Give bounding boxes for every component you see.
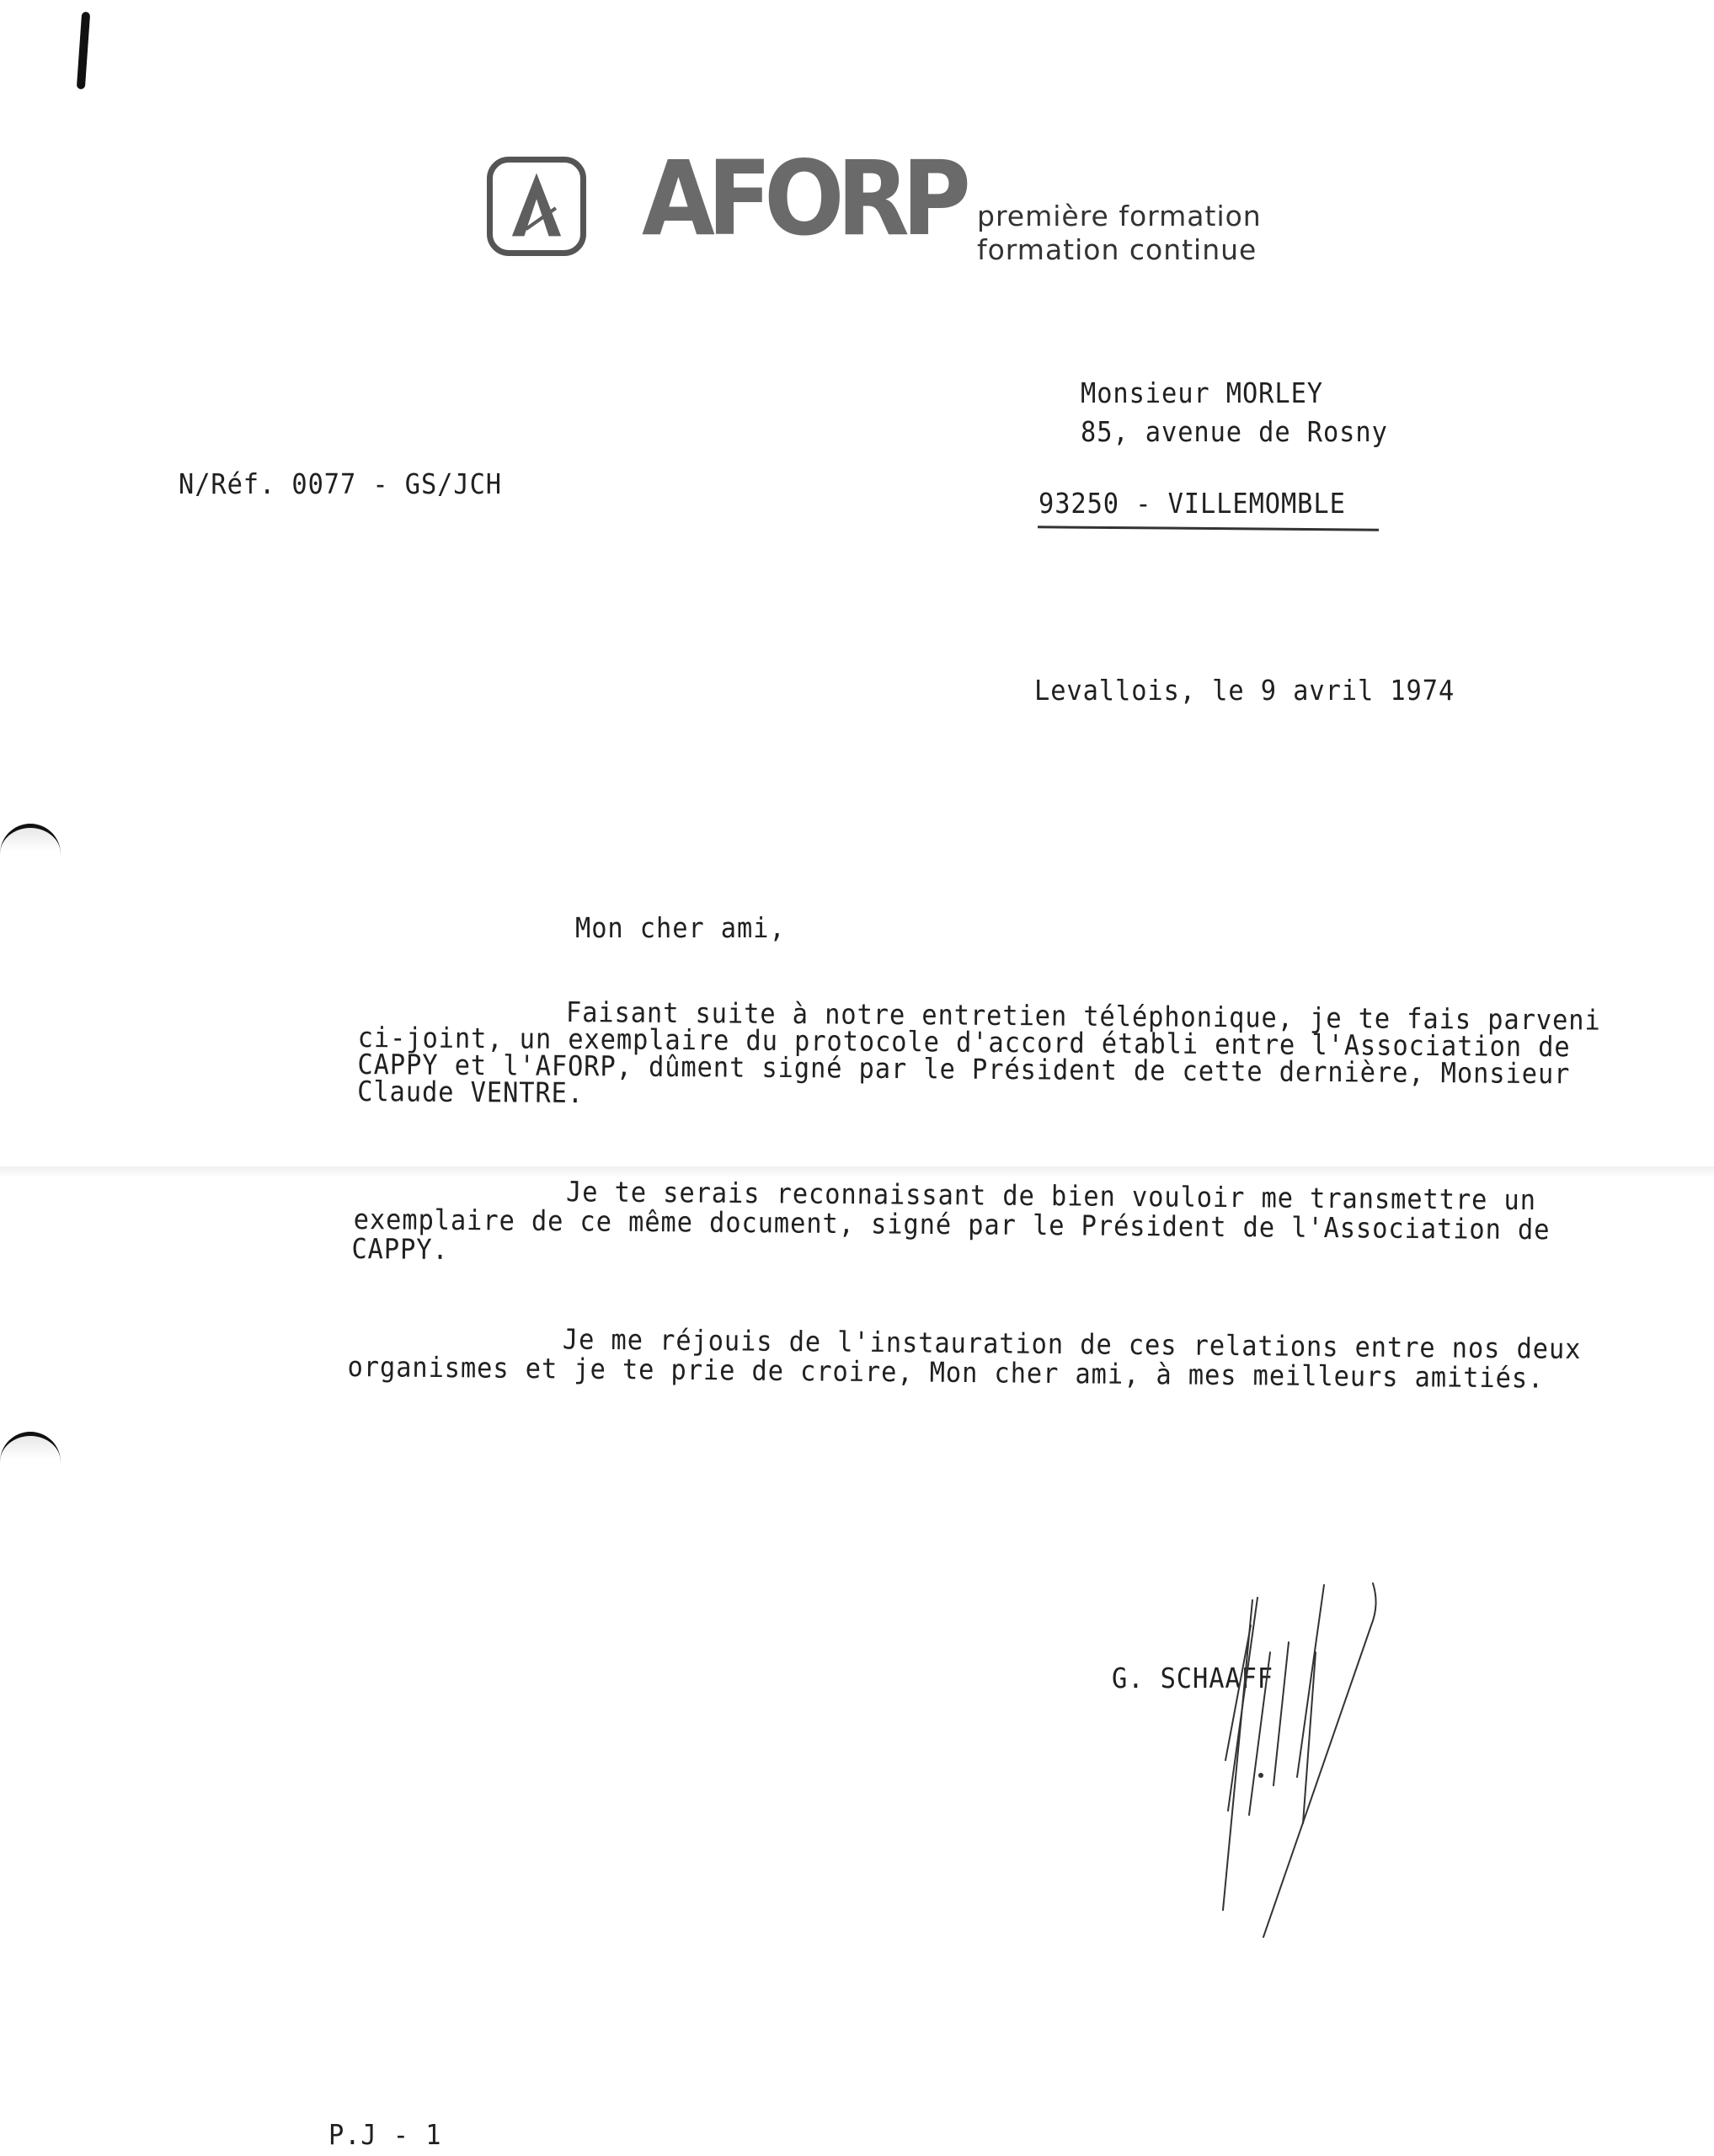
enclosure-note: P.J - 1 bbox=[328, 2118, 441, 2151]
handwritten-signature bbox=[0, 0, 1714, 2156]
